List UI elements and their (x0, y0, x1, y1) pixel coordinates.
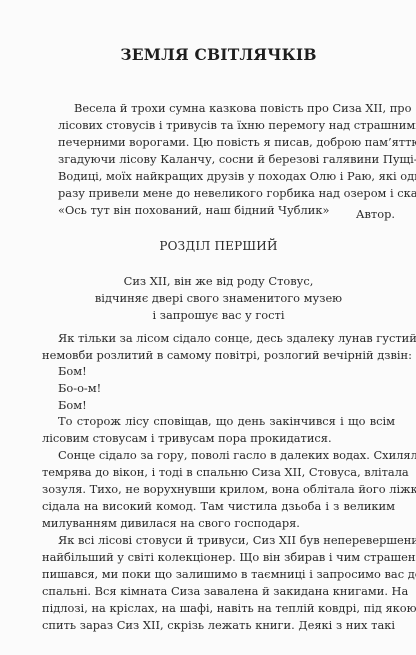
text-line: темрява до вікон, і тоді в спальню Сиза … (42, 464, 395, 481)
text-line: Сонце сідало за гору, поволі гасло в дал… (42, 447, 395, 464)
subtitle-line: Сиз XII, він же від роду Стовус, (42, 273, 395, 290)
preface-paragraph: Весела й трохи сумна казкова повість про… (42, 100, 395, 219)
text-line: Як всі лісові стовуси й тривуси, Сиз XII… (42, 532, 395, 549)
text-line: спальні. Вся кімната Сиза завалена й зак… (42, 583, 395, 600)
text-line: Весела й трохи сумна казкова повість про… (42, 100, 395, 117)
body-paragraph-4: Як всі лісові стовуси й тривуси, Сиз XII… (42, 532, 395, 634)
text-line: милуванням дивилася на свого господаря. (42, 515, 395, 532)
subtitle-line: і запрошує вас у гості (42, 307, 395, 324)
text-line: зозуля. Тихо, не ворухнувши крилом, вона… (42, 481, 395, 498)
subtitle-line: відчиняє двері свого знаменитого музею (42, 290, 395, 307)
text-line: лісовим стовусам і тривусам пора прокида… (42, 430, 395, 447)
text-line: лісових стовусів і тривусів та їхню пере… (42, 117, 395, 134)
text-line: спить зараз Сиз XII, скрізь лежать книги… (42, 617, 395, 634)
text-line: немовби розлитий в самому повітрі, розло… (42, 347, 395, 364)
bell-sound: Бом! (58, 364, 87, 378)
text-line: найбільший у світі колекціонер. Що він з… (42, 549, 395, 566)
text-line: згадуючи лісову Каланчу, сосни й березов… (42, 151, 395, 168)
text-line: печерними ворогами. Цю повість я писав, … (42, 134, 395, 151)
text-line: «Ось тут він похований, наш бідний Чубли… (42, 202, 395, 219)
text-line: То сторож лісу сповіщав, що день закінчи… (42, 413, 395, 430)
chapter-subtitle: Сиз XII, він же від роду Стовус, відчиня… (42, 273, 395, 324)
text-line: разу привели мене до невеликого горбика … (42, 185, 395, 202)
text-line: пишався, ми поки що залишимо в таємниці … (42, 566, 395, 583)
text-line: Як тільки за лісом сідало сонце, десь зд… (42, 330, 395, 347)
bell-sound: Бо-о-м! (58, 381, 101, 395)
text-line: підлозі, на кріслах, на шафі, навіть на … (42, 600, 395, 617)
body-paragraph-3: Сонце сідало за гору, поволі гасло в дал… (42, 447, 395, 532)
chapter-heading: РОЗДІЛ ПЕРШИЙ (42, 239, 395, 253)
body-paragraph-1: Як тільки за лісом сідало сонце, десь зд… (42, 330, 395, 364)
bell-sound: Бом! (58, 398, 87, 412)
author-signature: Автор. (356, 207, 395, 221)
text-line: Водиці, моїх найкращих друзів у походах … (42, 168, 395, 185)
body-paragraph-2: То сторож лісу сповіщав, що день закінчи… (42, 413, 395, 447)
text-line: сідала на високий комод. Там чистила дзь… (42, 498, 395, 515)
story-title: ЗЕМЛЯ СВІТЛЯЧКІВ (42, 45, 395, 64)
